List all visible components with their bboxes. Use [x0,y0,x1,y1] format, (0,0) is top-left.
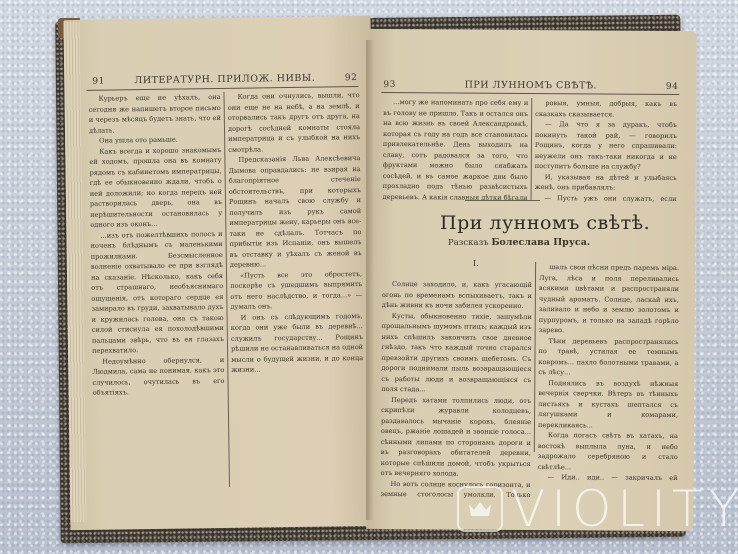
paragraph: Передъ хатами толпились люди, отъ скрипѣ… [381,394,532,479]
paragraph: Когда они очнулись, вышли, что они еще н… [227,90,360,155]
paragraph: — Да что я за дуракъ, чтобъ покинуть так… [535,119,677,172]
paragraph: Курьеръ еще не уѣхалъ, она сегодня же на… [88,92,221,136]
paragraph: И онъ съ слѣдующимъ годомъ, когда они уж… [231,311,364,376]
right-running-head: 93 ПРИ ЛУННОМЪ СВѢТѢ. 94 [383,79,678,92]
right-page-bottom-column-2: шалъ свои пѣсни предъ паремъ міра. Луга,… [538,262,680,481]
right-page-top-column-1: ...могу же напоминать про себя ему и въ … [383,97,529,203]
page-number-91: 91 [92,77,105,87]
paragraph: Поднялись въ воздухѣ нѣжныя вечернія све… [538,378,678,431]
byline-prefix: Разсказъ [448,238,489,248]
paragraph: Недоумѣнно обернулся, и Людмила, сама не… [92,354,225,398]
author-name: Болеслава Пруса. [491,237,590,248]
paragraph: «Пусть все это обростетъ, поскорѣе съ уш… [230,269,363,313]
left-page-column-2: Когда они очнулись, вышли, что они еще н… [227,90,365,517]
page-number-93: 93 [383,80,396,90]
paragraph: Солнце заходило, и, какъ угасающій огонь… [382,279,532,312]
running-head-title: ЛИТЕРАТУРН. ПРИЛОЖ. НИВЫ. [105,72,345,86]
page-number-92: 92 [345,73,358,83]
story-title: При лунномъ свѣтѣ. [440,212,660,234]
chapter-number: I. [473,259,479,268]
watermark-text: VIOLITY [511,484,738,534]
right-page: 93 ПРИ ЛУННОМЪ СВѢТѢ. 94 ...могу же напо… [366,29,696,531]
book-gutter [366,40,374,520]
paragraph: Какъ всегда и хорошо знакомымъ ей ходомъ… [89,144,222,230]
header-rule [381,92,679,95]
page-number-94: 94 [666,82,679,92]
paragraph: И, указывая на дѣтей и улыбаясь женѣ, он… [535,172,677,194]
column-divider [534,262,536,452]
paragraph: Кусты, обыкновенно тихіе, зашумѣли проща… [381,310,532,395]
column-divider [531,98,533,201]
left-page: 91 ЛИТЕРАТУРН. ПРИЛОЖ. НИВЫ. 92 Курьеръ … [63,16,377,530]
paragraph: ровыя, умныя, добрыя, какъ въ сказкахъ с… [535,98,677,120]
left-page-column-1: Курьеръ еще не уѣхалъ, она сегодня же на… [88,92,226,519]
story-byline: Разсказъ Болеслава Пруса. [448,237,590,248]
section-separator [465,200,540,201]
paragraph: Когда погасъ свѣтъ въ хатахъ, на востокѣ… [538,430,678,473]
paragraph: — Пусть ужъ они служатъ, если будетъ охо… [535,193,677,204]
right-page-top-column-2: ровыя, умныя, добрыя, какъ въ сказкахъ с… [535,98,678,204]
paragraph: Тѣни деревьевъ распространялись по травѣ… [538,336,678,379]
paragraph: ...могу же напоминать про себя ему и въ … [383,97,529,203]
left-running-head: 91 ЛИТЕРАТУРН. ПРИЛОЖ. НИВЫ. 92 [92,72,357,87]
right-page-bottom-column-1: Солнце заходило, и, какъ угасающій огонь… [380,279,532,500]
running-head-title: ПРИ ЛУННОМЪ СВѢТѢ. [396,79,666,92]
paragraph: шалъ свои пѣсни предъ паремъ міра. Луга,… [539,262,680,336]
violity-watermark: VIOLITY [457,484,738,534]
paragraph: Предсказанія Льва Алексѣевича Дымова опр… [228,153,362,270]
paragraph: ...изъ отъ пожелтѣвшихъ полосъ и ноченъ … [90,228,224,356]
crown-icon [457,486,503,532]
